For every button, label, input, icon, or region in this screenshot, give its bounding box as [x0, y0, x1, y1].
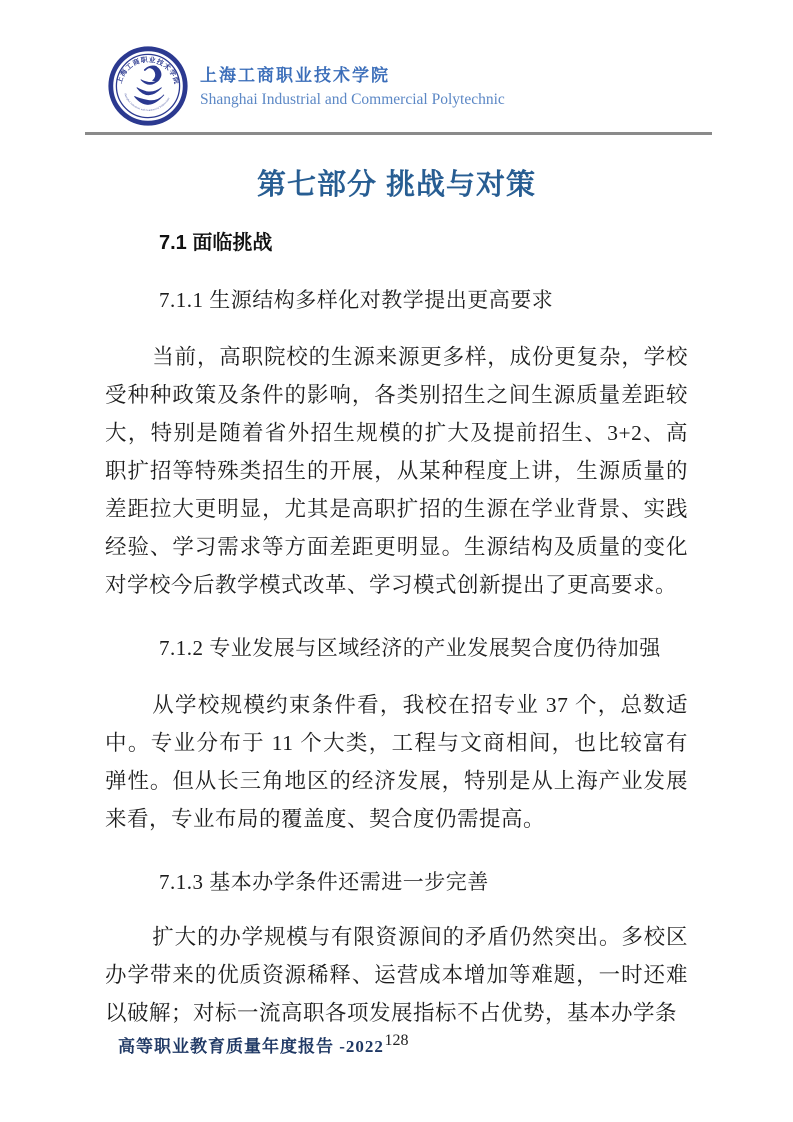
- subsection-heading-7-1-1: 7.1.1 生源结构多样化对教学提出更高要求: [105, 286, 688, 314]
- page-header: 上海工商职业技术学院 Shanghai Industrial and Comme…: [108, 46, 710, 126]
- paragraph-7-1-3: 扩大的办学规模与有限资源间的矛盾仍然突出。多校区办学带来的优质资源稀释、运营成本…: [105, 918, 688, 1032]
- header-divider: [85, 132, 712, 135]
- page-title: 第七部分 挑战与对策: [105, 164, 688, 206]
- school-name-cn: 上海工商职业技术学院: [200, 64, 505, 88]
- document-page: 上海工商职业技术学院 Shanghai Industrial and Comme…: [0, 0, 793, 1122]
- school-name-block: 上海工商职业技术学院 Shanghai Industrial and Comme…: [200, 46, 505, 112]
- paragraph-7-1-1: 当前，高职院校的生源来源更多样，成份更复杂，学校受种种政策及条件的影响，各类别招…: [105, 338, 688, 604]
- school-name-en: Shanghai Industrial and Commercial Polyt…: [200, 88, 505, 112]
- paragraph-7-1-2: 从学校规模约束条件看，我校在招专业 37 个，总数适中。专业分布于 11 个大类…: [105, 686, 688, 838]
- school-seal-icon: 上海工商职业技术学院 Shanghai Industrial and Comme…: [108, 46, 188, 126]
- subsection-heading-7-1-3: 7.1.3 基本办学条件还需进一步完善: [105, 868, 688, 896]
- document-body: 第七部分 挑战与对策 7.1 面临挑战 7.1.1 生源结构多样化对教学提出更高…: [105, 158, 688, 1032]
- page-footer: 高等职业教育质量年度报告 -2022 128: [0, 1028, 793, 1060]
- page-number: 128: [0, 1032, 793, 1050]
- section-heading-7-1: 7.1 面临挑战: [105, 230, 688, 256]
- subsection-heading-7-1-2: 7.1.2 专业发展与区域经济的产业发展契合度仍待加强: [105, 634, 688, 662]
